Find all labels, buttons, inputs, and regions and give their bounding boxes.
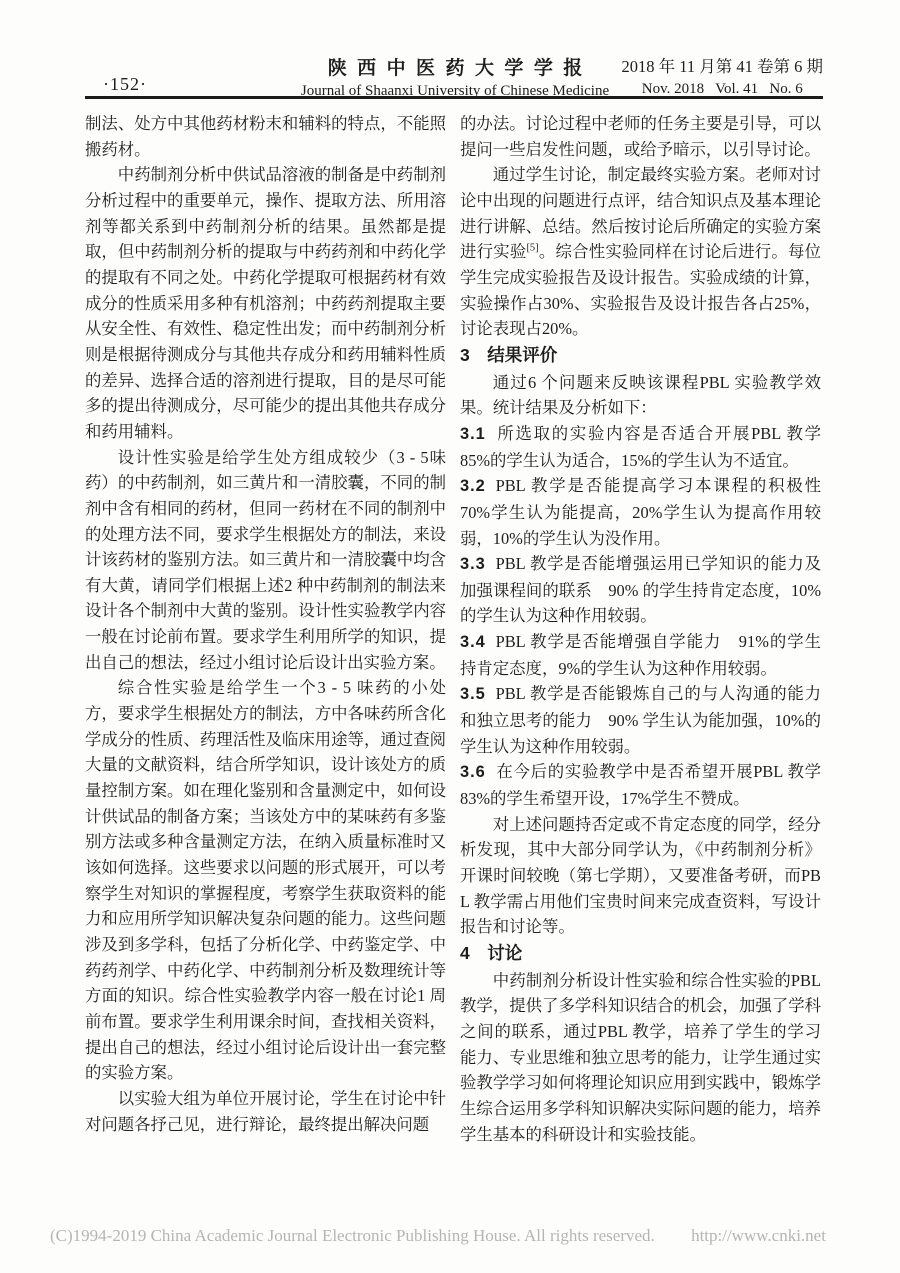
section-number: 3 [460, 345, 470, 365]
copyright-text: (C)1994-2019 China Academic Journal Elec… [50, 1226, 655, 1245]
journal-header-center: 陕西中医药大学学报 Journal of Shaanxi University … [240, 53, 670, 100]
subsection-paragraph: 3.2PBL 教学是否能提高学习本课程的积极性 70%学生认为能提高，20%学生… [460, 473, 821, 551]
subsection-number: 3.3 [460, 555, 486, 573]
footer-url: http://www.cnki.net [691, 1226, 826, 1245]
subsection-number: 3.4 [460, 633, 486, 651]
subsection-paragraph: 3.3PBL 教学是否能增强运用已学知识的能力及加强课程间的联系 90% 的学生… [460, 551, 821, 629]
paragraph: 中药制剂分析设计性实验和综合性实验的PBL 教学，提供了多学科知识结合的机会，加… [460, 968, 821, 1148]
paragraph: 对上述问题持否定或不肯定态度的同学，经分析发现，其中大部分同学认为，《中药制剂分… [460, 812, 821, 940]
section-heading: 4讨论 [460, 941, 821, 967]
subsection-number: 3.5 [460, 685, 486, 703]
article-body: 制法、处方中其他药材粉末和辅料的特点，不能照搬药材。中药制剂分析中供试品溶液的制… [85, 111, 821, 1147]
subsection-number: 3.1 [460, 425, 486, 443]
citation-ref: [5] [526, 243, 538, 254]
journal-title-cn: 陕西中医药大学学报 [240, 53, 670, 80]
left-column: 制法、处方中其他药材粉末和辅料的特点，不能照搬药材。中药制剂分析中供试品溶液的制… [85, 111, 446, 1147]
paragraph: 中药制剂分析中供试品溶液的制备是中药制剂分析过程中的重要单元，操作、提取方法、所… [85, 162, 446, 444]
subsection-paragraph: 3.5PBL 教学是否能锻炼自己的与人沟通的能力和独立思考的能力 90% 学生认… [460, 681, 821, 759]
section-heading: 3结果评价 [460, 343, 821, 369]
right-column: 的办法。讨论过程中老师的任务主要是引导，可以提问一些启发性问题，或给予暗示，以引… [460, 111, 821, 1147]
section-title: 结果评价 [487, 345, 557, 365]
section-number: 4 [460, 943, 470, 963]
paragraph: 制法、处方中其他药材粉末和辅料的特点，不能照搬药材。 [85, 111, 446, 162]
journal-page: ·152· 陕西中医药大学学报 Journal of Shaanxi Unive… [0, 0, 900, 1273]
section-title: 讨论 [487, 943, 522, 963]
paragraph: 设计性实验是给学生处方组成较少（3 - 5味药）的中药制剂，如三黄片和一清胶囊，… [85, 445, 446, 676]
journal-header-issue: 2018 年 11 月第 41 卷第 6 期 Nov. 2018 Vol. 41… [621, 53, 823, 98]
subsection-number: 3.2 [460, 477, 486, 495]
subsection-number: 3.6 [460, 763, 486, 781]
subsection-paragraph: 3.4PBL 教学是否能增强自学能力 91%的学生持肯定态度，9%的学生认为这种… [460, 629, 821, 681]
paragraph: 的办法。讨论过程中老师的任务主要是引导，可以提问一些启发性问题，或给予暗示，以引… [460, 111, 821, 162]
paragraph: 以实验大组为单位开展讨论，学生在讨论中针对问题各抒己见，进行辩论，最终提出解决问… [85, 1086, 446, 1137]
header-rule [85, 96, 823, 99]
subsection-paragraph: 3.1所选取的实验内容是否适合开展PBL 教学 85%的学生认为适合，15%的学… [460, 421, 821, 473]
page-footer: (C)1994-2019 China Academic Journal Elec… [50, 1226, 870, 1246]
paragraph: 通过学生讨论，制定最终实验方案。老师对讨论中出现的问题进行点评，结合知识点及基本… [460, 162, 821, 342]
paragraph: 通过6 个问题来反映该课程PBL 实验教学效果。统计结果及分析如下： [460, 370, 821, 421]
subsection-paragraph: 3.6在今后的实验教学中是否希望开展PBL 教学 83%的学生希望开设，17%学… [460, 759, 821, 811]
page-number: ·152· [103, 74, 147, 95]
issue-info-cn: 2018 年 11 月第 41 卷第 6 期 [621, 53, 823, 77]
paragraph: 综合性实验是给学生一个3 - 5 味药的小处方，要求学生根据处方的制法，方中各味… [85, 675, 446, 1086]
